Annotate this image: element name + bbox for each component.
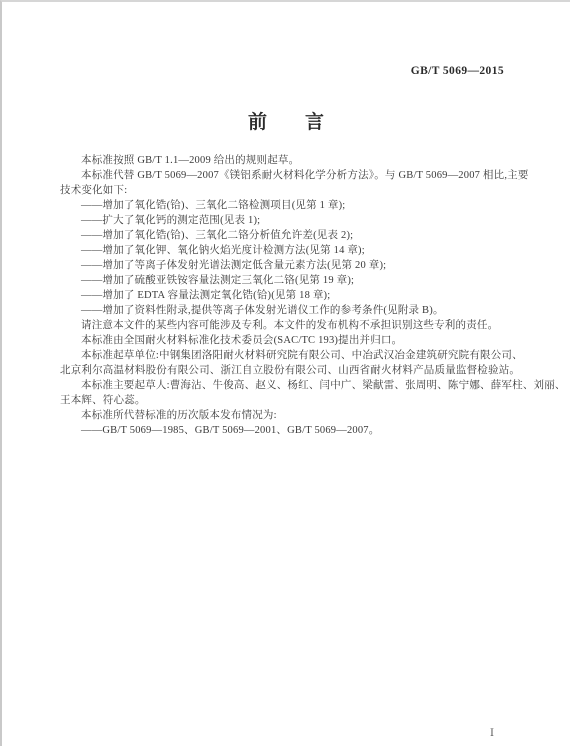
foreword-line: ——增加了氧化锆(铪)、三氧化二铬分析值允许差(见表 2); [60,228,516,243]
foreword-line: 本标准主要起草人:曹海沾、牛俊高、赵义、杨红、闫中广、梁献雷、张周明、陈宁娜、薛… [60,378,516,393]
foreword-line: 技术变化如下: [60,183,516,198]
foreword-line: ——增加了氧化钾、氧化钠火焰光度计检测方法(见第 14 章); [60,243,516,258]
document-page: GB/T 5069—2015 前 言 本标准按照 GB/T 1.1—2009 给… [0,0,570,746]
foreword-line: 王本辉、符心蕊。 [60,393,516,408]
page-number: Ⅰ [490,728,494,739]
foreword-line: ——增加了资料性附录,提供等离子体发射光谱仪工作的参考条件(见附录 B)。 [60,303,516,318]
foreword-body: 本标准按照 GB/T 1.1—2009 给出的规则起草。 本标准代替 GB/T … [60,153,516,438]
foreword-line: ——增加了等离子体发射光谱法测定低含量元素方法(见第 20 章); [60,258,516,273]
foreword-line: 本标准所代替标准的历次版本发布情况为: [60,408,516,423]
foreword-line: ——增加了 EDTA 容量法测定氧化锆(铪)(见第 18 章); [60,288,516,303]
foreword-line: 本标准按照 GB/T 1.1—2009 给出的规则起草。 [60,153,516,168]
foreword-line: 本标准由全国耐火材料标准化技术委员会(SAC/TC 193)提出并归口。 [60,333,516,348]
foreword-line: 北京利尔高温材料股份有限公司、浙江自立股份有限公司、山西省耐火材料产品质量监督检… [60,363,516,378]
foreword-line: ——增加了氧化锆(铪)、三氧化二铬检测项目(见第 1 章); [60,198,516,213]
foreword-line: 本标准代替 GB/T 5069—2007《镁铝系耐火材料化学分析方法》。与 GB… [60,168,516,183]
foreword-line: ——扩大了氧化钙的测定范围(见表 1); [60,213,516,228]
foreword-line: 本标准起草单位:中钢集团洛阳耐火材料研究院有限公司、中冶武汉冶金建筑研究院有限公… [60,348,516,363]
foreword-line: ——GB/T 5069—1985、GB/T 5069—2001、GB/T 506… [60,423,516,438]
page-title: 前 言 [2,107,570,134]
standard-number: GB/T 5069—2015 [2,65,504,77]
foreword-line: ——增加了硫酸亚铁铵容量法测定三氧化二铬(见第 19 章); [60,273,516,288]
foreword-line: 请注意本文件的某些内容可能涉及专利。本文件的发布机构不承担识别这些专利的责任。 [60,318,516,333]
